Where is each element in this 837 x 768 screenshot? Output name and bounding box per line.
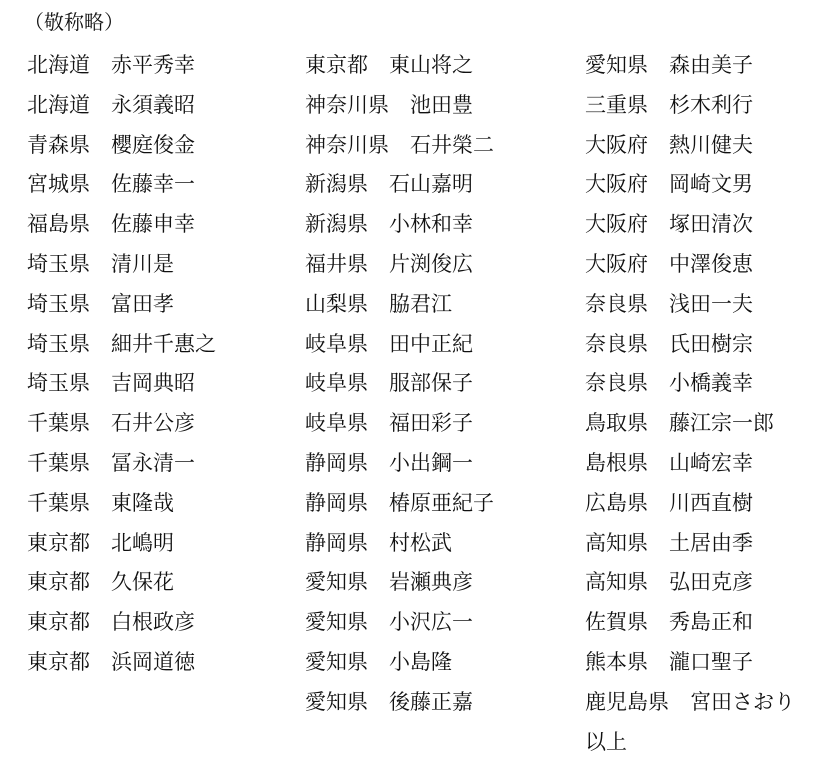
- list-item: 岐阜県福田彩子: [305, 408, 494, 448]
- prefecture: 福井県: [305, 252, 368, 276]
- person-name: 塚田清次: [669, 212, 753, 236]
- list-item: 大阪府塚田清次: [585, 209, 795, 249]
- person-name: 浜岡道徳: [111, 650, 195, 674]
- list-item: 大阪府中澤俊恵: [585, 249, 795, 289]
- honorifics-omitted-note: （敬称略）: [24, 8, 124, 36]
- prefecture: 埼玉県: [27, 371, 90, 395]
- prefecture: 山梨県: [305, 292, 368, 316]
- prefecture: 新潟県: [305, 172, 368, 196]
- prefecture: 神奈川県: [305, 133, 389, 157]
- person-name: 富田孝: [111, 292, 174, 316]
- person-name: 山崎宏幸: [669, 451, 753, 475]
- prefecture: 岐阜県: [305, 332, 368, 356]
- prefecture: 奈良県: [585, 292, 648, 316]
- list-item: 静岡県椿原亜紀子: [305, 488, 494, 528]
- list-item: 北海道赤平秀幸: [27, 50, 216, 90]
- prefecture: 愛知県: [305, 690, 368, 714]
- person-name: 脇君江: [389, 292, 452, 316]
- name-list-column-2: 東京都東山将之 神奈川県池田豊 神奈川県石井榮二 新潟県石山嘉明 新潟県小林和幸…: [305, 50, 494, 727]
- person-name: 土居由季: [669, 531, 753, 555]
- prefecture: 岐阜県: [305, 371, 368, 395]
- person-name: 北嶋明: [111, 531, 174, 555]
- list-item: 山梨県脇君江: [305, 289, 494, 329]
- list-item: 鹿児島県宮田さおり: [585, 687, 795, 727]
- list-item: 三重県杉木利行: [585, 90, 795, 130]
- prefecture: 愛知県: [585, 53, 648, 77]
- list-item: 奈良県小橋義幸: [585, 368, 795, 408]
- prefecture: 奈良県: [585, 332, 648, 356]
- prefecture: 埼玉県: [27, 292, 90, 316]
- prefecture: 東京都: [27, 531, 90, 555]
- list-item: 東京都白根政彦: [27, 607, 216, 647]
- person-name: 片渕俊広: [389, 252, 473, 276]
- list-item: 新潟県石山嘉明: [305, 169, 494, 209]
- prefecture: 高知県: [585, 531, 648, 555]
- list-item: 千葉県冨永清一: [27, 448, 216, 488]
- prefecture: 鳥取県: [585, 411, 648, 435]
- person-name: 後藤正嘉: [389, 690, 473, 714]
- list-item: 埼玉県清川是: [27, 249, 216, 289]
- prefecture: 大阪府: [585, 252, 648, 276]
- list-item: 高知県弘田克彦: [585, 567, 795, 607]
- list-item: 埼玉県吉岡典昭: [27, 368, 216, 408]
- list-item: 福島県佐藤申幸: [27, 209, 216, 249]
- person-name: 小橋義幸: [669, 371, 753, 395]
- person-name: 服部保子: [389, 371, 473, 395]
- list-item: 千葉県東隆哉: [27, 488, 216, 528]
- person-name: 細井千惠之: [111, 332, 216, 356]
- prefecture: 高知県: [585, 570, 648, 594]
- list-item: 熊本県瀧口聖子: [585, 647, 795, 687]
- person-name: 冨永清一: [111, 451, 195, 475]
- list-item: 奈良県浅田一夫: [585, 289, 795, 329]
- person-name: 久保花: [111, 570, 174, 594]
- prefecture: 三重県: [585, 93, 648, 117]
- person-name: 福田彩子: [389, 411, 473, 435]
- list-item: 広島県川西直樹: [585, 488, 795, 528]
- list-item: 静岡県村松武: [305, 528, 494, 568]
- prefecture: 静岡県: [305, 531, 368, 555]
- person-name: 瀧口聖子: [669, 650, 753, 674]
- list-item: 東京都東山将之: [305, 50, 494, 90]
- person-name: 東山将之: [389, 53, 473, 77]
- prefecture: 愛知県: [305, 570, 368, 594]
- person-name: 石井榮二: [410, 133, 494, 157]
- list-item: 愛知県小沢広一: [305, 607, 494, 647]
- list-item: 島根県山崎宏幸: [585, 448, 795, 488]
- prefecture: 鹿児島県: [585, 690, 669, 714]
- person-name: 佐藤幸一: [111, 172, 195, 196]
- prefecture: 東京都: [27, 610, 90, 634]
- person-name: 川西直樹: [669, 491, 753, 515]
- list-item: 北海道永須義昭: [27, 90, 216, 130]
- prefecture: 大阪府: [585, 133, 648, 157]
- prefecture: 東京都: [27, 650, 90, 674]
- person-name: 熱川健夫: [669, 133, 753, 157]
- list-item: 千葉県石井公彦: [27, 408, 216, 448]
- person-name: 弘田克彦: [669, 570, 753, 594]
- prefecture: 新潟県: [305, 212, 368, 236]
- list-item: 宮城県佐藤幸一: [27, 169, 216, 209]
- list-item: 新潟県小林和幸: [305, 209, 494, 249]
- list-item: 東京都浜岡道徳: [27, 647, 216, 687]
- list-item: 神奈川県石井榮二: [305, 130, 494, 170]
- prefecture: 静岡県: [305, 491, 368, 515]
- person-name: 永須義昭: [111, 93, 195, 117]
- person-name: 森由美子: [669, 53, 753, 77]
- prefecture: 東京都: [27, 570, 90, 594]
- prefecture: 大阪府: [585, 212, 648, 236]
- list-item: 埼玉県細井千惠之: [27, 329, 216, 369]
- list-item: 愛知県小島隆: [305, 647, 494, 687]
- person-name: 小沢広一: [389, 610, 473, 634]
- prefecture: 北海道: [27, 53, 90, 77]
- list-item: 奈良県氏田樹宗: [585, 329, 795, 369]
- person-name: 宮田さおり: [690, 690, 795, 714]
- person-name: 白根政彦: [111, 610, 195, 634]
- list-item: 高知県土居由季: [585, 528, 795, 568]
- person-name: 中澤俊恵: [669, 252, 753, 276]
- name-list-column-3: 愛知県森由美子 三重県杉木利行 大阪府熱川健夫 大阪府岡崎文男 大阪府塚田清次 …: [585, 50, 795, 766]
- list-item: 愛知県森由美子: [585, 50, 795, 90]
- list-item: 静岡県小出鋼一: [305, 448, 494, 488]
- prefecture: 青森県: [27, 133, 90, 157]
- list-item: 鳥取県藤江宗一郎: [585, 408, 795, 448]
- person-name: 杉木利行: [669, 93, 753, 117]
- prefecture: 北海道: [27, 93, 90, 117]
- prefecture: 大阪府: [585, 172, 648, 196]
- prefecture: 岐阜県: [305, 411, 368, 435]
- list-item: 神奈川県池田豊: [305, 90, 494, 130]
- prefecture: 千葉県: [27, 491, 90, 515]
- person-name: 石山嘉明: [389, 172, 473, 196]
- person-name: 佐藤申幸: [111, 212, 195, 236]
- list-item: 岐阜県田中正紀: [305, 329, 494, 369]
- prefecture: 広島県: [585, 491, 648, 515]
- person-name: 石井公彦: [111, 411, 195, 435]
- prefecture: 愛知県: [305, 650, 368, 674]
- list-item: 岐阜県服部保子: [305, 368, 494, 408]
- person-name: 吉岡典昭: [111, 371, 195, 395]
- person-name: 岡崎文男: [669, 172, 753, 196]
- prefecture: 宮城県: [27, 172, 90, 196]
- prefecture: 神奈川県: [305, 93, 389, 117]
- person-name: 秀島正和: [669, 610, 753, 634]
- person-name: 池田豊: [410, 93, 473, 117]
- prefecture: 熊本県: [585, 650, 648, 674]
- list-item: 大阪府熱川健夫: [585, 130, 795, 170]
- list-item: 佐賀県秀島正和: [585, 607, 795, 647]
- prefecture: 静岡県: [305, 451, 368, 475]
- list-item: 福井県片渕俊広: [305, 249, 494, 289]
- person-name: 東隆哉: [111, 491, 174, 515]
- person-name: 赤平秀幸: [111, 53, 195, 77]
- person-name: 清川是: [111, 252, 174, 276]
- prefecture: 千葉県: [27, 411, 90, 435]
- prefecture: 埼玉県: [27, 252, 90, 276]
- person-name: 岩瀬典彦: [389, 570, 473, 594]
- prefecture: 東京都: [305, 53, 368, 77]
- person-name: 櫻庭俊金: [111, 133, 195, 157]
- person-name: 椿原亜紀子: [389, 491, 494, 515]
- list-item: 埼玉県富田孝: [27, 289, 216, 329]
- name-list-column-1: 北海道赤平秀幸 北海道永須義昭 青森県櫻庭俊金 宮城県佐藤幸一 福島県佐藤申幸 …: [27, 50, 216, 687]
- person-name: 浅田一夫: [669, 292, 753, 316]
- person-name: 藤江宗一郎: [669, 411, 774, 435]
- person-name: 氏田樹宗: [669, 332, 753, 356]
- person-name: 村松武: [389, 531, 452, 555]
- prefecture: 千葉県: [27, 451, 90, 475]
- person-name: 小出鋼一: [389, 451, 473, 475]
- prefecture: 奈良県: [585, 371, 648, 395]
- person-name: 小島隆: [389, 650, 452, 674]
- prefecture: 島根県: [585, 451, 648, 475]
- list-item: 大阪府岡崎文男: [585, 169, 795, 209]
- prefecture: 福島県: [27, 212, 90, 236]
- person-name: 田中正紀: [389, 332, 473, 356]
- list-item: 東京都久保花: [27, 567, 216, 607]
- closing-mark: 以上: [585, 727, 795, 767]
- list-item: 青森県櫻庭俊金: [27, 130, 216, 170]
- list-item: 東京都北嶋明: [27, 528, 216, 568]
- prefecture: 佐賀県: [585, 610, 648, 634]
- list-item: 愛知県岩瀬典彦: [305, 567, 494, 607]
- prefecture: 埼玉県: [27, 332, 90, 356]
- list-item: 愛知県後藤正嘉: [305, 687, 494, 727]
- prefecture: 愛知県: [305, 610, 368, 634]
- person-name: 小林和幸: [389, 212, 473, 236]
